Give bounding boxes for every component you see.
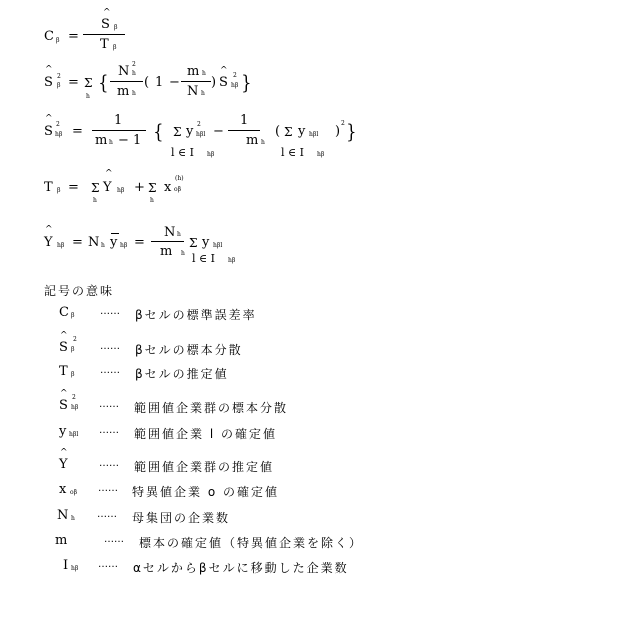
legend-symbol: N [57,509,68,523]
subscript: hβ [207,152,214,158]
superscript: 2 [233,73,237,79]
superscript: 2 [197,122,201,128]
subscript: h [201,91,205,97]
sigma-symbol: Σ [284,125,292,139]
symbol-x: x [164,181,171,195]
symbol-s: S [219,76,228,90]
legend-description: αセルからβセルに移動した企業数 [133,559,349,576]
hat-mark: ^ [45,115,53,124]
subscript: h [93,198,97,204]
fraction-bar [181,81,211,82]
fraction-bar [92,130,146,131]
subscript: hβ [317,152,324,158]
paren-close: ) [211,76,216,90]
equals-sign: = [68,181,79,195]
legend-title: 記号の意味 [44,282,114,299]
superscript: 2 [341,121,345,127]
subscript: hβl [213,243,222,249]
legend-description: 範囲値企業 l の確定値 [134,425,277,442]
ellipsis: …… [100,306,120,317]
sigma-symbol: Σ [91,181,99,195]
ellipsis: …… [104,534,124,545]
subscript: β [57,188,60,194]
superscript: 2 [56,122,60,128]
summation-range: l ∈ I [281,146,304,159]
symbol-y: y [202,236,209,250]
sigma-symbol: Σ [173,125,181,139]
fraction-bar [83,34,125,35]
symbol-y: Y [44,236,53,250]
symbol-s: S [44,125,53,139]
symbol-t: T [100,38,109,52]
legend-description: βセルの標準誤差率 [135,306,257,323]
symbol-y-bar: y [110,236,117,250]
subscript: h [150,198,154,204]
superscript: 2 [73,337,77,343]
equals-sign: = [68,76,79,90]
subscript: h [132,71,136,77]
subscript: h [101,243,105,249]
ellipsis: …… [100,341,120,352]
hat-mark: ^ [45,226,53,235]
minus-sign: − [169,76,180,90]
plus-sign: + [134,181,145,195]
legend-description: 標本の確定値（特異値企業を除く） [139,534,363,551]
subscript: h [71,516,75,522]
sigma-symbol: Σ [189,236,197,250]
right-brace: } [346,121,356,141]
subscript: β [114,25,117,31]
subscript: h [181,251,185,257]
symbol-n: N [88,236,99,250]
symbol-t: T [44,181,53,195]
ellipsis: …… [99,425,119,436]
denominator-rest: − 1 [118,134,141,148]
fraction-bar [228,130,260,131]
overline [111,233,119,234]
subscript: β [71,313,74,319]
legend-description: βセルの標本分散 [135,341,243,358]
sigma-symbol: Σ [84,76,92,90]
subscript: hβl [196,132,205,138]
legend-description: βセルの推定値 [135,365,229,382]
subscript: h [202,71,206,77]
subscript: h [261,140,265,146]
legend-symbol: Y [59,458,68,472]
superscript: 2 [57,74,61,80]
legend-symbol: I [63,559,68,573]
symbol-m: m [187,65,199,79]
symbol-s: S [44,76,53,90]
subscript: β [113,45,116,51]
hat-mark: ^ [105,170,113,179]
symbol-n: N [118,65,129,79]
fraction-bar [151,241,184,242]
subscript: hβ [231,83,238,89]
equals-sign: = [68,30,79,44]
legend-symbol: y [59,425,66,439]
symbol-y: Y [103,181,112,195]
legend-description: 母集団の企業数 [132,509,230,526]
symbol-n: N [187,85,198,99]
subscript: oβ [174,187,181,193]
fraction-bar [110,81,143,82]
symbol-c: C [44,30,54,44]
ellipsis: …… [98,559,118,570]
legend-description: 範囲値企業群の標本分散 [134,399,288,416]
superscript: 2 [72,395,76,401]
subscript: h [109,140,113,146]
paren-close: ) [335,125,340,139]
superscript: (h) [175,176,184,182]
legend-symbol: C [59,306,69,320]
ellipsis: …… [99,458,119,469]
symbol-y: y [298,125,305,139]
sigma-symbol: Σ [148,181,156,195]
paren-open: ( [275,125,280,139]
superscript: 2 [132,62,136,68]
subscript: h [177,232,181,238]
paren-open: ( [144,76,149,90]
subscript: β [57,83,60,89]
equals-sign: = [72,125,83,139]
legend-symbol: T [59,365,68,379]
subscript: hβl [69,432,78,438]
number-one: 1 [114,114,122,128]
ellipsis: …… [99,399,119,410]
minus-sign: − [213,125,224,139]
subscript: β [71,347,74,353]
hat-mark: ^ [45,66,53,75]
legend-symbol: m [55,534,67,548]
left-brace: { [98,72,108,92]
right-brace: } [241,72,251,92]
subscript: β [56,38,59,44]
legend-symbol: S [59,341,68,355]
subscript: h [86,94,90,100]
subscript: hβ [228,258,235,264]
legend-symbol: S [59,399,68,413]
summation-range: l ∈ I [171,146,194,159]
symbol-y: y [186,125,193,139]
legend-symbol: x [59,483,66,497]
subscript: hβ [55,132,62,138]
subscript: β [71,372,74,378]
subscript: hβ [120,243,127,249]
equals-sign: = [134,236,145,250]
number-one: 1 [155,76,163,90]
ellipsis: …… [98,483,118,494]
subscript: oβ [70,490,77,496]
symbol-m: m [95,134,107,148]
symbol-n: N [164,226,175,240]
legend-description: 範囲値企業群の推定値 [134,458,274,475]
symbol-m: m [160,245,172,259]
number-one: 1 [240,114,248,128]
ellipsis: …… [100,365,120,376]
subscript: hβ [71,566,78,572]
summation-range: l ∈ I [192,252,215,265]
symbol-s: S [101,18,110,32]
left-brace: { [153,121,163,141]
legend-description: 特異値企業 o の確定値 [132,483,279,500]
subscript: h [132,91,136,97]
subscript: hβ [117,188,124,194]
symbol-m: m [117,85,129,99]
subscript: hβ [71,405,78,411]
symbol-m: m [246,134,258,148]
equals-sign: = [72,236,83,250]
ellipsis: …… [97,509,117,520]
subscript: hβ [57,243,64,249]
subscript: hβl [309,132,318,138]
